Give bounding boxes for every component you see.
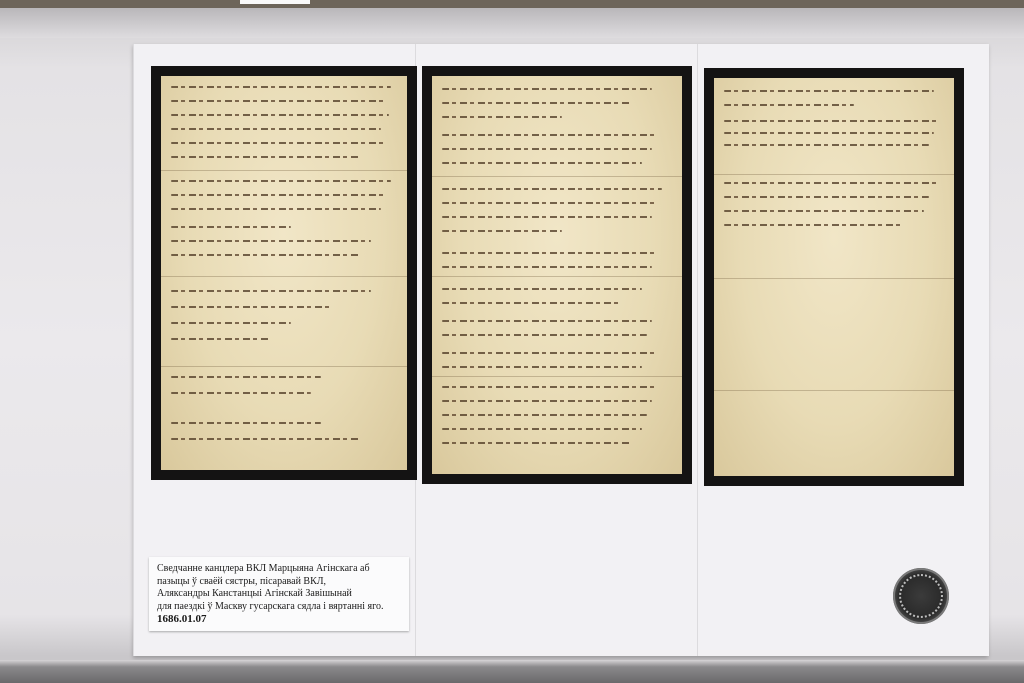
manuscript-page-2	[432, 76, 682, 474]
manuscript-frame-1	[151, 66, 417, 480]
top-edge	[0, 0, 1024, 8]
manuscript-frame-2	[422, 66, 692, 484]
manuscript-frame-3	[704, 68, 964, 486]
caption-line-1: Сведчанне канцлера ВКЛ Марцыяна Агінскаг…	[157, 563, 401, 576]
caption-line-2: пазыцы ў сваёй сястры, пісаравай ВКЛ,	[157, 576, 401, 589]
archive-seal-icon	[893, 568, 949, 624]
manuscript-page-3	[714, 78, 954, 476]
manuscript-page-1	[161, 76, 407, 470]
wall	[0, 8, 1024, 38]
exhibit-caption-label: Сведчанне канцлера ВКЛ Марцыяна Агінскаг…	[149, 557, 409, 631]
caption-line-3: Аляксандры Канстанцыі Агінскай Завішынай	[157, 588, 401, 601]
caption-line-4: для паездкі ў Маскву гусарскага сядла і …	[157, 601, 401, 614]
floor-edge	[0, 660, 1024, 683]
caption-date: 1686.01.07	[157, 613, 401, 626]
